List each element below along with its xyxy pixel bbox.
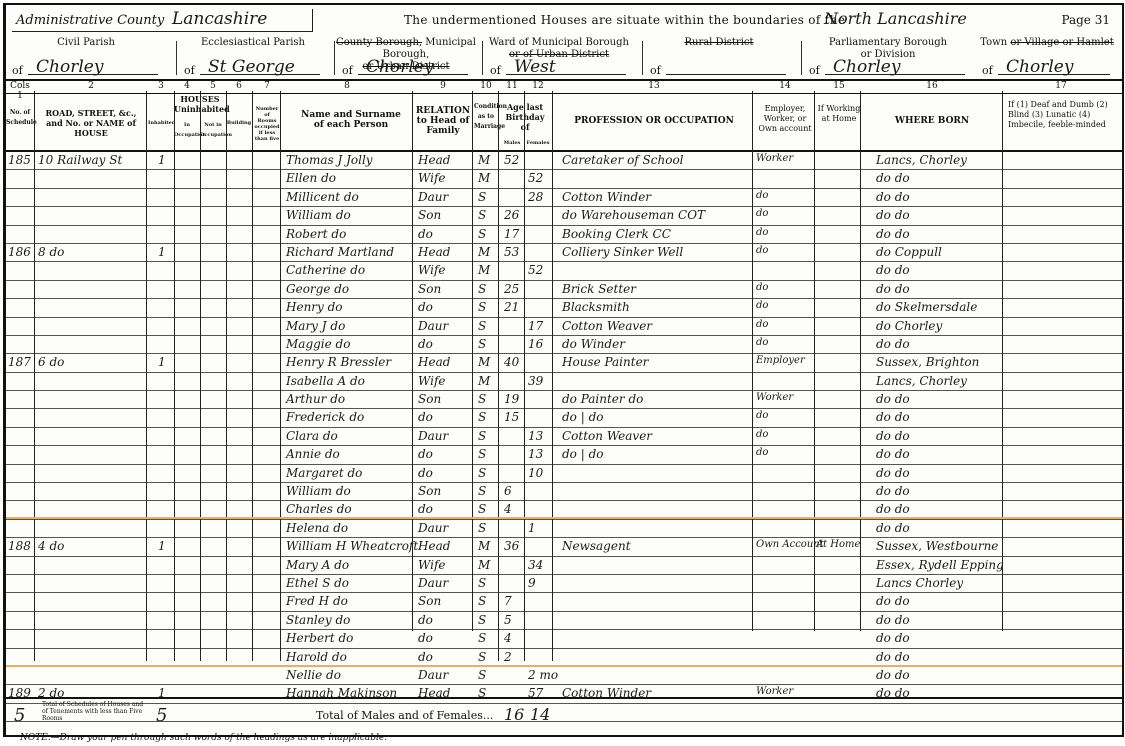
col-num: 9: [414, 81, 472, 91]
col-num: 8: [282, 81, 412, 91]
male-age: 25: [504, 282, 519, 296]
males-total: 16: [504, 705, 524, 724]
relation: do: [418, 447, 433, 461]
town-value: Chorley: [1006, 57, 1073, 77]
relation: do: [418, 337, 433, 351]
person-name: Clara do: [286, 429, 338, 443]
occupation: Blacksmith: [562, 300, 630, 314]
condition: S: [478, 484, 486, 498]
relation: Daur: [418, 668, 448, 682]
header-where-born: WHERE BORN: [862, 116, 1002, 126]
where-born: do do: [876, 447, 910, 461]
where-born: do do: [876, 337, 910, 351]
highlight-line: [6, 517, 1122, 519]
condition: S: [478, 208, 486, 222]
address: 4 do: [38, 539, 64, 553]
parliamentary-value: Chorley: [833, 57, 900, 77]
female-age: 34: [528, 558, 543, 572]
relation: do: [418, 650, 433, 664]
person-name: William do: [286, 484, 351, 498]
col-num: 5: [200, 81, 226, 91]
condition: S: [478, 447, 486, 461]
of-label: of: [809, 64, 820, 77]
col-num: 2: [36, 81, 146, 91]
schedules-total-label: Total of Schedules of Houses and of Tene…: [42, 701, 146, 722]
female-age: 52: [528, 171, 543, 185]
header-relation: RELATION to Head of Family: [414, 106, 472, 136]
condition: S: [478, 521, 486, 535]
inhabited: 1: [158, 153, 166, 167]
totals-row: 5 Total of Schedules of Houses and of Te…: [6, 697, 1122, 731]
ward-label-struck: or of Urban District: [484, 49, 634, 61]
person-name: Margaret do: [286, 466, 362, 480]
header-females: Females: [526, 138, 550, 148]
civil-parish-label: Civil Parish: [6, 37, 166, 49]
employment: Worker: [756, 392, 793, 403]
male-age: 15: [504, 410, 519, 424]
relation: Head: [418, 153, 450, 167]
occupation: Cotton Weaver: [562, 319, 652, 333]
male-age: 6: [504, 484, 512, 498]
female-age: 10: [528, 466, 543, 480]
condition: M: [478, 263, 490, 277]
relation: Head: [418, 539, 450, 553]
town-field: Town or Village or Hamlet of Chorley: [976, 37, 1118, 79]
condition: S: [478, 319, 486, 333]
occupation: Cotton Weaver: [562, 429, 652, 443]
schedule-number: 188: [8, 539, 31, 553]
relation: Son: [418, 484, 441, 498]
male-age: 36: [504, 539, 519, 553]
employment: do: [756, 227, 768, 238]
condition: S: [478, 392, 486, 406]
page-number: Page 31: [1061, 13, 1110, 27]
condition: M: [478, 171, 490, 185]
condition: S: [478, 502, 486, 516]
where-born: do Coppull: [876, 245, 942, 259]
schedule-number: 187: [8, 355, 31, 369]
condition: S: [478, 190, 486, 204]
where-born: do do: [876, 631, 910, 645]
male-age: 40: [504, 355, 519, 369]
col-num: 14: [754, 81, 816, 91]
female-age: 13: [528, 447, 543, 461]
occupation: Booking Clerk CC: [562, 227, 671, 241]
female-age: 9: [528, 576, 536, 590]
where-born: do Chorley: [876, 319, 942, 333]
civil-parish-field: Civil Parish of Chorley: [6, 37, 166, 79]
occupation: Caretaker of School: [562, 153, 684, 167]
header-building: Building: [226, 118, 252, 128]
where-born: do do: [876, 521, 910, 535]
male-age: 17: [504, 227, 519, 241]
parliamentary-label: Parliamentary Borough: [803, 37, 973, 49]
relation: Wife: [418, 263, 446, 277]
header-address: ROAD, STREET, &c., and No. or NAME of HO…: [36, 108, 146, 138]
col-num: 4: [174, 81, 200, 91]
condition: S: [478, 631, 486, 645]
occupation: Colliery Sinker Well: [562, 245, 683, 259]
header-age: Age last Birthday of: [500, 102, 550, 132]
male-age: 52: [504, 153, 519, 167]
employment: do: [756, 319, 768, 330]
person-name: Isabella A do: [286, 374, 365, 388]
ward-value: West: [514, 57, 556, 77]
relation: Wife: [418, 558, 446, 572]
relation: Daur: [418, 190, 448, 204]
civil-parish-value: Chorley: [36, 57, 103, 77]
of-label: of: [490, 64, 501, 77]
female-age: 39: [528, 374, 543, 388]
where-born: do do: [876, 208, 910, 222]
relation: do: [418, 613, 433, 627]
occupation: do Warehouseman COT: [562, 208, 705, 222]
person-name: Nellie do: [286, 668, 341, 682]
condition: S: [478, 594, 486, 608]
person-name: Annie do: [286, 447, 340, 461]
inhabited-total: 5: [156, 705, 167, 726]
relation: do: [418, 466, 433, 480]
header-occupation: PROFESSION OR OCCUPATION: [554, 116, 754, 126]
col-num: 11: [500, 81, 524, 91]
boundaries-statement: The undermentioned Houses are situate wi…: [404, 13, 845, 27]
relation: Wife: [418, 374, 446, 388]
relation: do: [418, 631, 433, 645]
col-num: 3: [148, 81, 174, 91]
col-num: 15: [816, 81, 862, 91]
male-age: 5: [504, 613, 512, 627]
rural-district-label-struck: Rural District: [644, 37, 794, 49]
occupation: do Winder: [562, 337, 625, 351]
where-born: do do: [876, 429, 910, 443]
address: 8 do: [38, 245, 64, 259]
of-label: of: [184, 64, 195, 77]
where-born: Sussex, Westbourne: [876, 539, 998, 553]
person-name: Ethel S do: [286, 576, 349, 590]
parliamentary-field: Parliamentary Borough or Division of Cho…: [803, 37, 973, 79]
footer-note: NOTE.—Draw your pen through such words o…: [20, 733, 387, 743]
condition: M: [478, 374, 490, 388]
header-schedule: No. of Schedule: [6, 108, 34, 128]
where-born: do do: [876, 171, 910, 185]
header-at-home: If Working at Home: [816, 104, 862, 124]
relation: Head: [418, 355, 450, 369]
condition: M: [478, 539, 490, 553]
where-born: Lancs Chorley: [876, 576, 963, 590]
address: 6 do: [38, 355, 64, 369]
condition: M: [478, 558, 490, 572]
female-age: 52: [528, 263, 543, 277]
occupation: Newsagent: [562, 539, 631, 553]
condition: S: [478, 613, 486, 627]
where-born: Lancs, Chorley: [876, 153, 967, 167]
where-born: do do: [876, 410, 910, 424]
where-born: do do: [876, 594, 910, 608]
person-name: Mary A do: [286, 558, 349, 572]
person-name: Richard Martland: [286, 245, 394, 259]
division-value: North Lancashire: [824, 9, 967, 28]
col-num: 6: [226, 81, 252, 91]
ecclesiastical-parish-label: Ecclesiastical Parish: [178, 37, 328, 49]
schedule-number: 185: [8, 153, 31, 167]
where-born: do do: [876, 484, 910, 498]
employment: Worker: [756, 686, 793, 697]
person-name: Fred H do: [286, 594, 348, 608]
header-rooms: Number of Rooms occupied if less than fi…: [254, 106, 280, 142]
employment: Employer: [756, 355, 805, 366]
administrative-county-value: Lancashire: [172, 9, 267, 29]
administrative-county-box: Administrative County Lancashire: [12, 9, 313, 32]
where-born: do do: [876, 282, 910, 296]
relation: Head: [418, 245, 450, 259]
where-born: do do: [876, 392, 910, 406]
condition: S: [478, 337, 486, 351]
male-age: 26: [504, 208, 519, 222]
male-age: 7: [504, 594, 512, 608]
relation: Daur: [418, 576, 448, 590]
employment: do: [756, 245, 768, 256]
header-infirmity: If (1) Deaf and Dumb (2) Blind (3) Lunat…: [1008, 100, 1116, 130]
col-num: 17: [1004, 81, 1118, 91]
employment: Worker: [756, 153, 793, 164]
of-label: of: [12, 64, 23, 77]
person-name: Thomas J Jolly: [286, 153, 373, 167]
borough-label-struck: County Borough,: [336, 37, 422, 48]
header-condition: Condition as to Marriage: [474, 102, 498, 132]
person-name: Stanley do: [286, 613, 350, 627]
census-sheet: Administrative County Lancashire The und…: [3, 3, 1124, 737]
person-name: Helena do: [286, 521, 348, 535]
where-born: do do: [876, 227, 910, 241]
person-name: Arthur do: [286, 392, 345, 406]
person-name: Henry R Bressler: [286, 355, 391, 369]
condition: M: [478, 245, 490, 259]
relation: do: [418, 300, 433, 314]
header-not-in-occupation: Not in Occupation: [200, 120, 226, 140]
occupation: Cotton Winder: [562, 190, 651, 204]
person-name: William do: [286, 208, 351, 222]
person-name: George do: [286, 282, 349, 296]
occupation: Brick Setter: [562, 282, 636, 296]
of-label: of: [650, 64, 661, 77]
administrative-county-label: Administrative County: [16, 13, 164, 28]
where-born: do do: [876, 502, 910, 516]
highlight-line: [6, 665, 1122, 667]
col-num: 12: [526, 81, 550, 91]
town-label: Town: [980, 37, 1007, 48]
relation: Daur: [418, 521, 448, 535]
schedules-total: 5: [14, 705, 25, 726]
person-name: Millicent do: [286, 190, 359, 204]
relation: do: [418, 502, 433, 516]
occupation: do | do: [562, 447, 603, 461]
person-name: Robert do: [286, 227, 346, 241]
header-inhabited: Inhabited: [148, 118, 174, 128]
where-born: do do: [876, 613, 910, 627]
where-born: do do: [876, 466, 910, 480]
where-born: Essex, Rydell Epping: [876, 558, 1004, 572]
person-name: Frederick do: [286, 410, 364, 424]
condition: S: [478, 650, 486, 664]
female-age: 1: [528, 521, 536, 535]
person-name: Maggie do: [286, 337, 350, 351]
condition: S: [478, 227, 486, 241]
relation: Son: [418, 282, 441, 296]
relation: Daur: [418, 319, 448, 333]
female-age: 28: [528, 190, 543, 204]
employment: do: [756, 410, 768, 421]
header-name: Name and Surname of each Person: [296, 110, 406, 130]
person-name: Henry do: [286, 300, 343, 314]
where-born: do do: [876, 668, 910, 682]
header-employment: Employer, Worker, or Own account: [754, 104, 816, 134]
relation: Son: [418, 208, 441, 222]
person-name: Charles do: [286, 502, 352, 516]
person-name: Harold do: [286, 650, 347, 664]
employment: do: [756, 190, 768, 201]
person-name: Ellen do: [286, 171, 336, 185]
condition: S: [478, 300, 486, 314]
person-name: William H Wheatcroft: [286, 539, 418, 553]
relation: Daur: [418, 429, 448, 443]
inhabited: 1: [158, 539, 166, 553]
female-age: 13: [528, 429, 543, 443]
condition: M: [478, 153, 490, 167]
relation: Son: [418, 392, 441, 406]
employment: do: [756, 337, 768, 348]
male-age: 2: [504, 650, 512, 664]
condition: S: [478, 282, 486, 296]
person-name: Mary J do: [286, 319, 345, 333]
ward-field: Ward of Municipal Borough or of Urban Di…: [484, 37, 634, 79]
relation: Son: [418, 594, 441, 608]
female-age: 17: [528, 319, 543, 333]
employment: do: [756, 300, 768, 311]
occupation: House Painter: [562, 355, 648, 369]
male-age: 21: [504, 300, 519, 314]
header-males: Males: [500, 138, 524, 148]
condition: S: [478, 576, 486, 590]
borough-value: Chorley: [366, 57, 433, 77]
where-born: Lancs, Chorley: [876, 374, 967, 388]
employment: do: [756, 208, 768, 219]
where-born: do do: [876, 190, 910, 204]
ecclesiastical-parish-field: Ecclesiastical Parish of St George: [178, 37, 328, 79]
col-num: 7: [254, 81, 280, 91]
condition: S: [478, 429, 486, 443]
address: 10 Railway St: [38, 153, 122, 167]
occupation: do | do: [562, 410, 603, 424]
employment: do: [756, 429, 768, 440]
ecclesiastical-parish-value: St George: [208, 57, 295, 77]
rural-district-field: Rural District of: [644, 37, 794, 79]
inhabited: 1: [158, 245, 166, 259]
where-born: do do: [876, 650, 910, 664]
female-age: 2 mo: [528, 668, 558, 682]
table-row: Nellie doDaurS2 modo do: [6, 667, 1122, 685]
male-age: 4: [504, 631, 512, 645]
relation: Wife: [418, 171, 446, 185]
employment: do: [756, 447, 768, 458]
males-females-label: Total of Males and of Females...: [316, 709, 493, 722]
occupation: do Painter do: [562, 392, 643, 406]
schedule-number: 186: [8, 245, 31, 259]
col-num: 16: [862, 81, 1002, 91]
where-born: Sussex, Brighton: [876, 355, 979, 369]
borough-field: County Borough, Municipal Borough, or Ur…: [336, 37, 476, 79]
header-in-occupation: In Occupation: [174, 120, 200, 140]
village-label-struck: or Village or Hamlet: [1010, 37, 1113, 48]
condition: M: [478, 355, 490, 369]
at-home: At Home: [816, 539, 860, 550]
employment: do: [756, 282, 768, 293]
person-name: Catherine do: [286, 263, 365, 277]
col-num: 13: [554, 81, 754, 91]
where-born: do do: [876, 263, 910, 277]
females-total: 14: [530, 705, 550, 724]
where-born: do Skelmersdale: [876, 300, 977, 314]
person-name: Herbert do: [286, 631, 353, 645]
male-age: 4: [504, 502, 512, 516]
condition: S: [478, 410, 486, 424]
relation: do: [418, 227, 433, 241]
condition: S: [478, 466, 486, 480]
condition: S: [478, 668, 486, 682]
col-num: 10: [474, 81, 498, 91]
relation: do: [418, 410, 433, 424]
female-age: 16: [528, 337, 543, 351]
of-label: of: [342, 64, 353, 77]
male-age: 53: [504, 245, 519, 259]
ward-label: Ward of Municipal Borough: [484, 37, 634, 49]
inhabited: 1: [158, 355, 166, 369]
male-age: 19: [504, 392, 519, 406]
of-label: of: [982, 64, 993, 77]
